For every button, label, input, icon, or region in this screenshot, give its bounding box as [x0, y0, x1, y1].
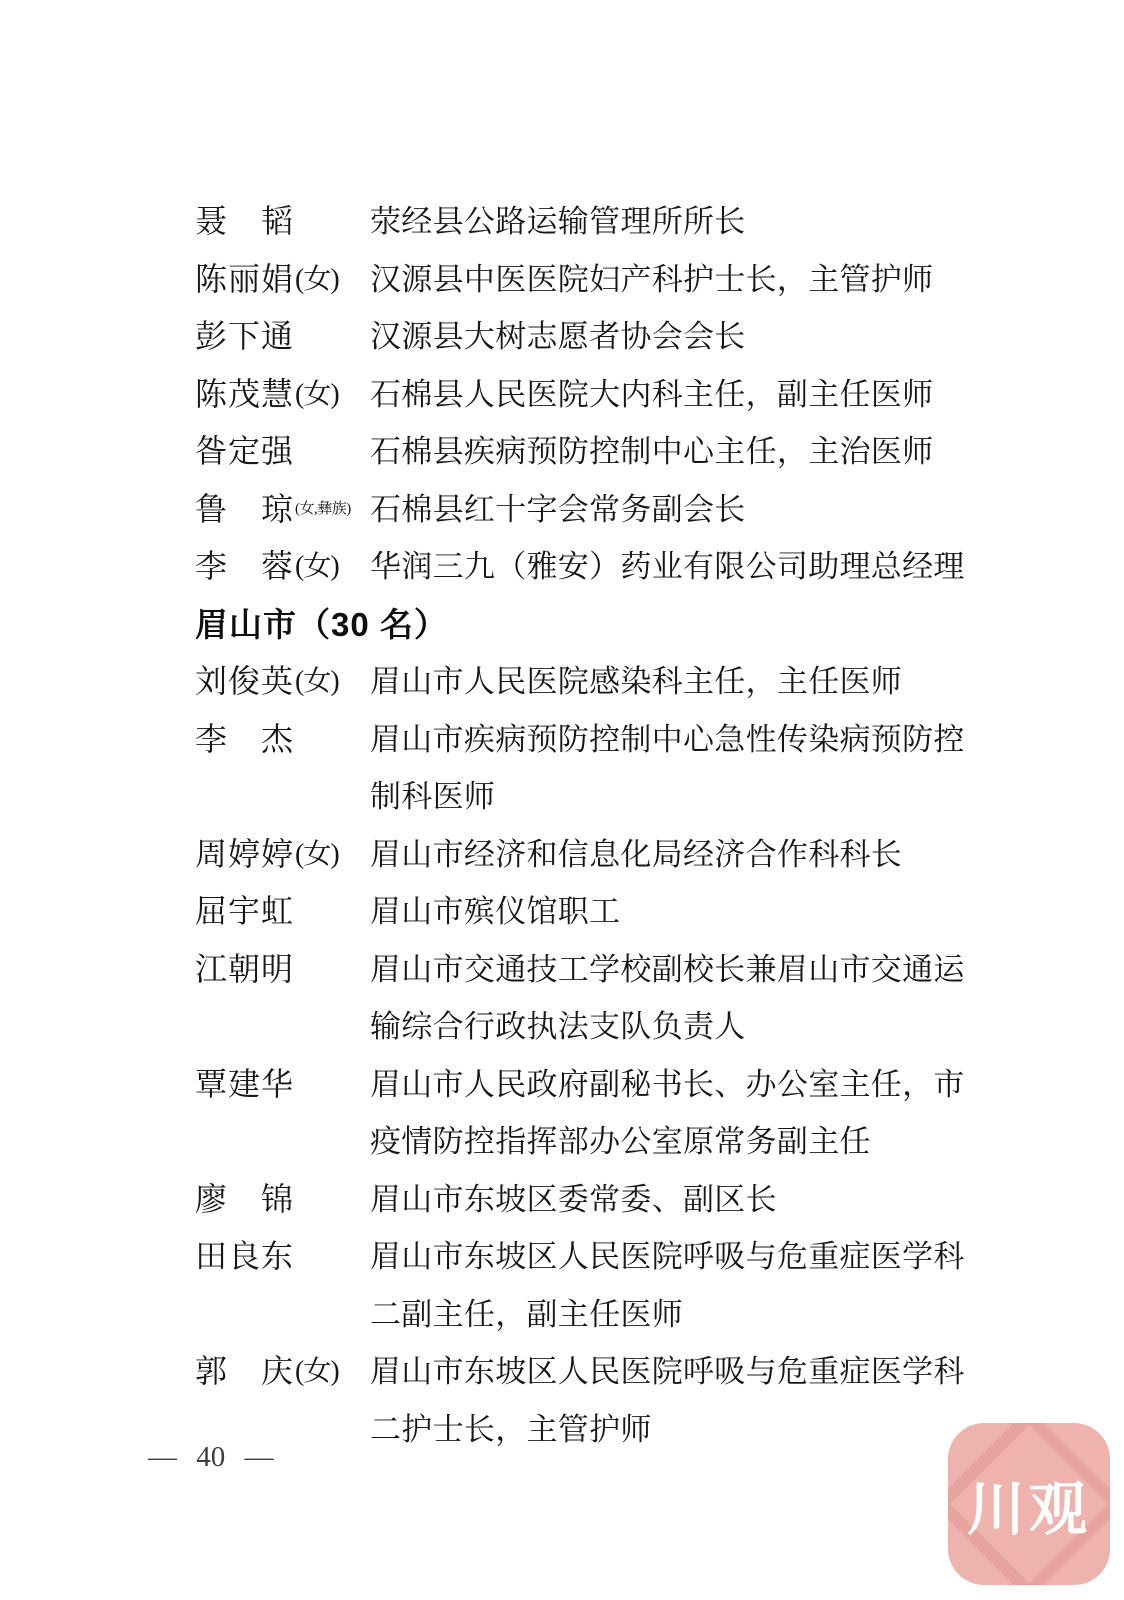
entry-gender-ethnicity-note [295, 423, 370, 481]
entry-gender-ethnicity-note [295, 883, 370, 941]
entry-position-line: 石棉县疾病预防控制中心主任，主治医师 [370, 423, 985, 481]
entry-person-name: 李 杰 [195, 711, 295, 769]
list-entry: 陈丽娟(女)汉源县中医医院妇产科护士长，主管护师 [195, 251, 985, 309]
entry-person-name: 刘俊英 [195, 653, 295, 711]
entry-position-description: 眉山市交通技工学校副校长兼眉山市交通运输综合行政执法支队负责人 [370, 941, 985, 1056]
entry-position-line: 眉山市疾病预防控制中心急性传染病预防控 [370, 711, 985, 769]
entry-position-line: 输综合行政执法支队负责人 [370, 998, 985, 1056]
list-entry: 廖 锦眉山市东坡区委常委、副区长 [195, 1171, 985, 1229]
entry-position-description: 眉山市人民医院感染科主任，主任医师 [370, 653, 985, 711]
entry-position-line: 汉源县中医医院妇产科护士长，主管护师 [370, 251, 985, 309]
entry-gender-ethnicity-note: (女) [295, 538, 370, 596]
entry-person-name: 聂 韬 [195, 193, 295, 251]
entry-person-name: 彭下通 [195, 308, 295, 366]
list-entry: 李 杰眉山市疾病预防控制中心急性传染病预防控制科医师 [195, 711, 985, 826]
list-entry: 彭下通汉源县大树志愿者协会会长 [195, 308, 985, 366]
list-entry: 屈宇虹眉山市殡仪馆职工 [195, 883, 985, 941]
entry-gender-ethnicity-note: (女) [295, 366, 370, 424]
list-entry: 郭 庆(女)眉山市东坡区人民医院呼吸与危重症医学科二护士长，主管护师 [195, 1343, 985, 1458]
entry-position-description: 华润三九（雅安）药业有限公司助理总经理 [370, 538, 985, 596]
entry-position-line: 眉山市殡仪馆职工 [370, 883, 985, 941]
entry-position-line: 二副主任，副主任医师 [370, 1286, 985, 1344]
entry-position-line: 眉山市东坡区人民医院呼吸与危重症医学科 [370, 1228, 985, 1286]
entry-gender-ethnicity-note [295, 193, 370, 251]
award-list: 聂 韬荥经县公路运输管理所所长陈丽娟(女)汉源县中医医院妇产科护士长，主管护师彭… [195, 193, 985, 1458]
entry-position-line: 眉山市经济和信息化局经济合作科科长 [370, 826, 985, 884]
list-entry: 昝定强石棉县疾病预防控制中心主任，主治医师 [195, 423, 985, 481]
entry-position-line: 疫情防控指挥部办公室原常务副主任 [370, 1113, 985, 1171]
entry-gender-ethnicity-note [295, 711, 370, 769]
chuanguan-watermark-logo: 川观 [948, 1423, 1110, 1585]
entry-position-description: 汉源县中医医院妇产科护士长，主管护师 [370, 251, 985, 309]
entry-position-description: 汉源县大树志愿者协会会长 [370, 308, 985, 366]
entry-position-line: 眉山市东坡区委常委、副区长 [370, 1171, 985, 1229]
entry-position-line: 石棉县红十字会常务副会长 [370, 481, 985, 539]
entry-position-description: 荥经县公路运输管理所所长 [370, 193, 985, 251]
entry-gender-ethnicity-note: (女) [295, 826, 370, 884]
list-entry: 田良东眉山市东坡区人民医院呼吸与危重症医学科二副主任，副主任医师 [195, 1228, 985, 1343]
entry-person-name: 屈宇虹 [195, 883, 295, 941]
entry-position-description: 眉山市疾病预防控制中心急性传染病预防控制科医师 [370, 711, 985, 826]
list-entry: 鲁 琼(女,彝族)石棉县红十字会常务副会长 [195, 481, 985, 539]
entry-position-line: 眉山市人民医院感染科主任，主任医师 [370, 653, 985, 711]
entry-gender-ethnicity-note: (女) [295, 251, 370, 309]
entry-gender-ethnicity-note [295, 1056, 370, 1114]
entry-gender-ethnicity-note: (女) [295, 653, 370, 711]
entry-position-description: 眉山市东坡区人民医院呼吸与危重症医学科二副主任，副主任医师 [370, 1228, 985, 1343]
entry-gender-ethnicity-note [295, 1228, 370, 1286]
entry-person-name: 鲁 琼 [195, 481, 295, 539]
city-section-heading: 眉山市（30 名） [195, 596, 985, 654]
entry-person-name: 江朝明 [195, 941, 295, 999]
entry-position-description: 眉山市人民政府副秘书长、办公室主任，市疫情防控指挥部办公室原常务副主任 [370, 1056, 985, 1171]
entry-person-name: 陈丽娟 [195, 251, 295, 309]
entry-person-name: 周婷婷 [195, 826, 295, 884]
entry-position-line: 眉山市人民政府副秘书长、办公室主任，市 [370, 1056, 985, 1114]
entry-position-line: 石棉县人民医院大内科主任，副主任医师 [370, 366, 985, 424]
entry-position-line: 眉山市东坡区人民医院呼吸与危重症医学科 [370, 1343, 985, 1401]
entry-position-line: 华润三九（雅安）药业有限公司助理总经理 [370, 538, 985, 596]
entry-person-name: 田良东 [195, 1228, 295, 1286]
list-entry: 刘俊英(女)眉山市人民医院感染科主任，主任医师 [195, 653, 985, 711]
list-entry: 覃建华眉山市人民政府副秘书长、办公室主任，市疫情防控指挥部办公室原常务副主任 [195, 1056, 985, 1171]
list-entry: 江朝明眉山市交通技工学校副校长兼眉山市交通运输综合行政执法支队负责人 [195, 941, 985, 1056]
entry-person-name: 覃建华 [195, 1056, 295, 1114]
entry-gender-ethnicity-note: (女,彝族) [295, 481, 370, 539]
entry-position-line: 荥经县公路运输管理所所长 [370, 193, 985, 251]
entry-position-description: 石棉县红十字会常务副会长 [370, 481, 985, 539]
logo-text: 川观 [967, 1462, 1091, 1546]
entry-position-description: 眉山市东坡区人民医院呼吸与危重症医学科二护士长，主管护师 [370, 1343, 985, 1458]
page-number: — 40 — [148, 1432, 274, 1482]
entry-position-description: 眉山市东坡区委常委、副区长 [370, 1171, 985, 1229]
entry-position-description: 石棉县人民医院大内科主任，副主任医师 [370, 366, 985, 424]
entry-gender-ethnicity-note [295, 308, 370, 366]
entry-person-name: 郭 庆 [195, 1343, 295, 1401]
entry-position-line: 制科医师 [370, 768, 985, 826]
entry-gender-ethnicity-note: (女) [295, 1343, 370, 1401]
entry-person-name: 廖 锦 [195, 1171, 295, 1229]
list-entry: 聂 韬荥经县公路运输管理所所长 [195, 193, 985, 251]
entry-person-name: 李 蓉 [195, 538, 295, 596]
entry-position-line: 二护士长，主管护师 [370, 1401, 985, 1459]
entry-person-name: 昝定强 [195, 423, 295, 481]
entry-position-description: 石棉县疾病预防控制中心主任，主治医师 [370, 423, 985, 481]
entry-position-line: 汉源县大树志愿者协会会长 [370, 308, 985, 366]
list-entry: 陈茂慧(女)石棉县人民医院大内科主任，副主任医师 [195, 366, 985, 424]
entry-position-description: 眉山市殡仪馆职工 [370, 883, 985, 941]
entry-gender-ethnicity-note [295, 941, 370, 999]
list-entry: 李 蓉(女)华润三九（雅安）药业有限公司助理总经理 [195, 538, 985, 596]
list-entry: 周婷婷(女)眉山市经济和信息化局经济合作科科长 [195, 826, 985, 884]
entry-gender-ethnicity-note [295, 1171, 370, 1229]
entry-person-name: 陈茂慧 [195, 366, 295, 424]
entry-position-line: 眉山市交通技工学校副校长兼眉山市交通运 [370, 941, 985, 999]
entry-position-description: 眉山市经济和信息化局经济合作科科长 [370, 826, 985, 884]
